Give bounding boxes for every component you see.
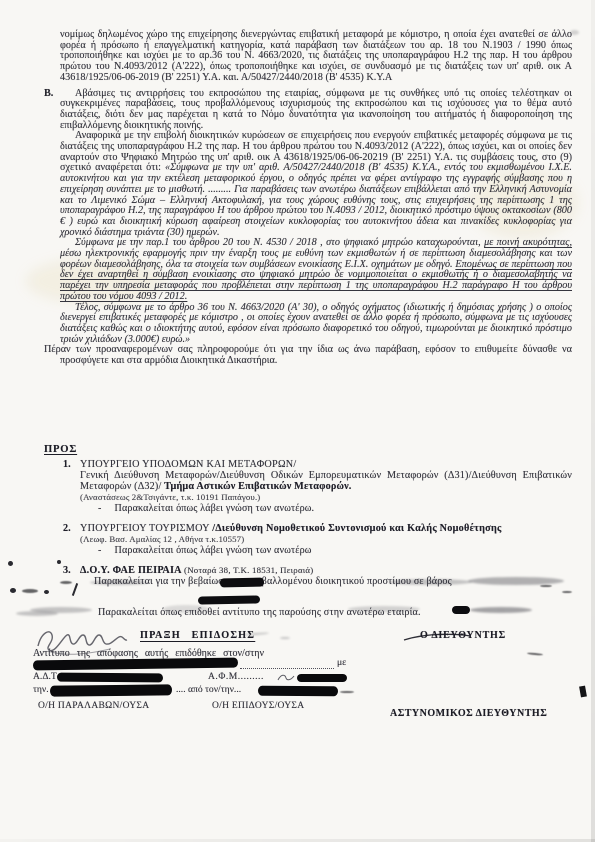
redaction-bar xyxy=(57,673,163,683)
paragraph-anaforika: Αναφορικά με την επιβολή διοικητικών κυρ… xyxy=(60,131,572,238)
text-segment: Παρακαλείται όπως λάβει γνώση των ανωτέρ… xyxy=(115,545,312,556)
paragraph-peran: Πέραν των προαναφερομένων σας πληροφορού… xyxy=(44,345,572,366)
text-segment: ΥΠΟΥΡΓΕΙΟΥ ΤΟΥΡΙΣΜΟΥ xyxy=(80,523,212,534)
recipient-number: 2. xyxy=(63,523,80,556)
text-segment: - xyxy=(98,545,102,556)
ink-smudge xyxy=(348,606,420,612)
redaction-bar xyxy=(33,658,238,671)
text-segment: - xyxy=(98,503,102,514)
ink-smudge xyxy=(280,637,290,639)
recipient-line: -Παρακαλείται όπως λάβει γνώση των ανωτέ… xyxy=(80,503,572,514)
text-segment: νομίμως δηλωμένος χώρο της επιχείρησης δ… xyxy=(60,29,572,83)
ink-smudge xyxy=(163,605,209,613)
text-segment: /Διεύθυνση Νομοθετικού Συντονισμού και Κ… xyxy=(212,523,501,534)
pen-tick xyxy=(579,686,587,698)
service-act-title: ΠΡΑΞΗ ΕΠΙΔΟΣΗΣ xyxy=(140,630,255,641)
recipient-body: ΥΠΟΥΡΓΕΙΟΥ ΤΟΥΡΙΣΜΟΥ /Διεύθυνση Νομοθετι… xyxy=(80,523,572,556)
director-title: Ο ΔΙΕΥΘΥΝΤΗΣ xyxy=(420,630,506,641)
server-signature-label: Ο/Η ΕΠΙΔΟΥΣ/ΟΥΣΑ xyxy=(212,701,304,711)
ink-dot xyxy=(44,590,49,594)
served-by-label: .... από τον/την... xyxy=(176,684,241,695)
ink-smudge xyxy=(16,611,58,616)
date-label: την. xyxy=(33,684,49,695)
paragraph-telos: Τέλος, σύμφωνα με το άρθρο 36 του Ν. 466… xyxy=(60,303,572,346)
text-segment: (Αναστάσεως 2&Τσιγάντε, τ.κ. 10191 Παπάγ… xyxy=(80,492,260,502)
tax-id-label: Α.Φ.Μ......... xyxy=(208,671,264,682)
section-label: Β. xyxy=(44,89,53,100)
id-card-label: Α.Δ.Τ xyxy=(33,671,57,682)
dotted-fill-line xyxy=(240,666,334,669)
ink-dot xyxy=(57,560,61,564)
section-b: Β.Αβάσιμες τις αντιρρήσεις του εκπροσώπο… xyxy=(60,89,572,132)
text-segment: (Λεωφ. Βασ. Αμαλίας 12 , Αθήνα τ.κ.10557… xyxy=(80,534,244,544)
text-segment: Αβάσιμες τις αντιρρήσεις του εκπροσώπου … xyxy=(60,88,572,131)
director-rank: ΑΣΤΥΝΟΜΙΚΟΣ ΔΙΕΥΘΥΝΤΗΣ xyxy=(390,708,547,719)
redaction-blob xyxy=(452,606,470,614)
recipient-line: Δ.Ο.Υ. ΦΑΕ ΠΕΙΡΑΙΑ (Νοταρά 38, Τ.Κ. 1853… xyxy=(80,565,572,576)
recipient-line: ΥΠΟΥΡΓΕΙΟ ΥΠΟΔΟΜΩΝ ΚΑΙ ΜΕΤΑΦΟΡΩΝ/ xyxy=(80,459,572,470)
text-segment: ΥΠΟΥΡΓΕΙΟ ΥΠΟΔΟΜΩΝ ΚΑΙ ΜΕΤΑΦΟΡΩΝ/ xyxy=(80,459,296,470)
redaction-blob xyxy=(220,578,264,588)
ink-smudge xyxy=(470,607,532,613)
pros-heading: ΠΡΟΣ xyxy=(44,444,572,455)
redaction-bar xyxy=(258,686,338,697)
recipients-list: 1.ΥΠΟΥΡΓΕΙΟ ΥΠΟΔΟΜΩΝ ΚΑΙ ΜΕΤΑΦΟΡΩΝ/Γενικ… xyxy=(44,459,572,587)
text-segment: (Νοταρά 38, Τ.Κ. 18531, Πειραιά) xyxy=(184,565,313,575)
body-flow: νομίμως δηλωμένος χώρο της επιχείρησης δ… xyxy=(44,30,572,367)
paragraph-psifiako-mitroo: Σύμφωνα με την παρ.1 του άρθρου 20 του Ν… xyxy=(60,238,572,302)
ink-smudge xyxy=(388,579,472,585)
ink-smudge xyxy=(527,652,543,655)
ink-smudge xyxy=(570,30,579,35)
recipient: 2.ΥΠΟΥΡΓΕΙΟΥ ΤΟΥΡΙΣΜΟΥ /Διεύθυνση Νομοθε… xyxy=(63,523,572,556)
recipient: 1.ΥΠΟΥΡΓΕΙΟ ΥΠΟΔΟΜΩΝ ΚΑΙ ΜΕΤΑΦΟΡΩΝ/Γενικ… xyxy=(63,459,572,514)
text-segment: Τέλος, σύμφωνα με το άρθρο 36 του Ν. 466… xyxy=(60,302,572,345)
recipient-body: ΥΠΟΥΡΓΕΙΟ ΥΠΟΔΟΜΩΝ ΚΑΙ ΜΕΤΑΦΟΡΩΝ/Γενική … xyxy=(80,459,572,514)
recipient-line: ΥΠΟΥΡΓΕΙΟΥ ΤΟΥΡΙΣΜΟΥ /Διεύθυνση Νομοθετι… xyxy=(80,523,572,534)
recipient-line: Γενική Διεύθυνση Μεταφορών/Διεύθυνση Οδι… xyxy=(80,470,572,492)
text-segment: Πέραν των προαναφερομένων σας πληροφορού… xyxy=(44,344,572,366)
ink-smudge xyxy=(540,585,552,587)
text-segment: Παρακαλείται όπως λάβει γνώση των ανωτέρ… xyxy=(115,503,315,514)
text-segment: Τμήμα Αστικών Επιβατικών Μεταφορών. xyxy=(164,481,351,492)
recipient-line: (Αναστάσεως 2&Τσιγάντε, τ.κ. 10191 Παπάγ… xyxy=(80,492,572,503)
recipient-number: 1. xyxy=(63,459,80,514)
receiver-signature-label: Ο/Η ΠΑΡΑΛΑΒΩΝ/ΟΥΣΑ xyxy=(38,701,149,711)
paragraph-continuation: νομίμως δηλωμένος χώρο της επιχείρησης δ… xyxy=(60,30,572,84)
ink-smudge xyxy=(340,691,354,693)
ink-smudge xyxy=(22,589,38,593)
text-segment: με ποινή ακυρότητας, xyxy=(484,237,572,248)
with-word: με xyxy=(337,657,346,668)
scanned-document-page: νομίμως δηλωμένος χώρο της επιχείρησης δ… xyxy=(0,0,595,842)
recipient-line: (Λεωφ. Βασ. Αμαλίας 12 , Αθήνα τ.κ.10557… xyxy=(80,534,572,545)
ink-smudge xyxy=(60,581,72,584)
text-segment: Δ.Ο.Υ. ΦΑΕ ΠΕΙΡΑΙΑ xyxy=(80,565,184,576)
redaction-bar xyxy=(50,684,172,696)
text-segment: Σύμφωνα με την παρ.1 του άρθρου 20 του Ν… xyxy=(75,237,484,248)
redaction-bar xyxy=(297,674,347,682)
ink-smudge xyxy=(562,591,572,593)
handwriting-scribble xyxy=(276,672,296,683)
ink-dot xyxy=(8,561,13,566)
recipient-line: -Παρακαλείται όπως λάβει γνώση των ανωτέ… xyxy=(80,545,572,556)
ink-dot xyxy=(10,588,16,593)
ink-smudge xyxy=(90,580,148,585)
ink-smudge xyxy=(468,577,564,585)
text-segment: «Σύμφωνα με την υπ' αριθ. Α/50427/2440/2… xyxy=(60,162,572,237)
redaction-blob xyxy=(198,595,260,604)
pros-section: ΠΡΟΣ 1.ΥΠΟΥΡΓΕΙΟ ΥΠΟΔΟΜΩΝ ΚΑΙ ΜΕΤΑΦΟΡΩΝ/… xyxy=(44,444,572,596)
